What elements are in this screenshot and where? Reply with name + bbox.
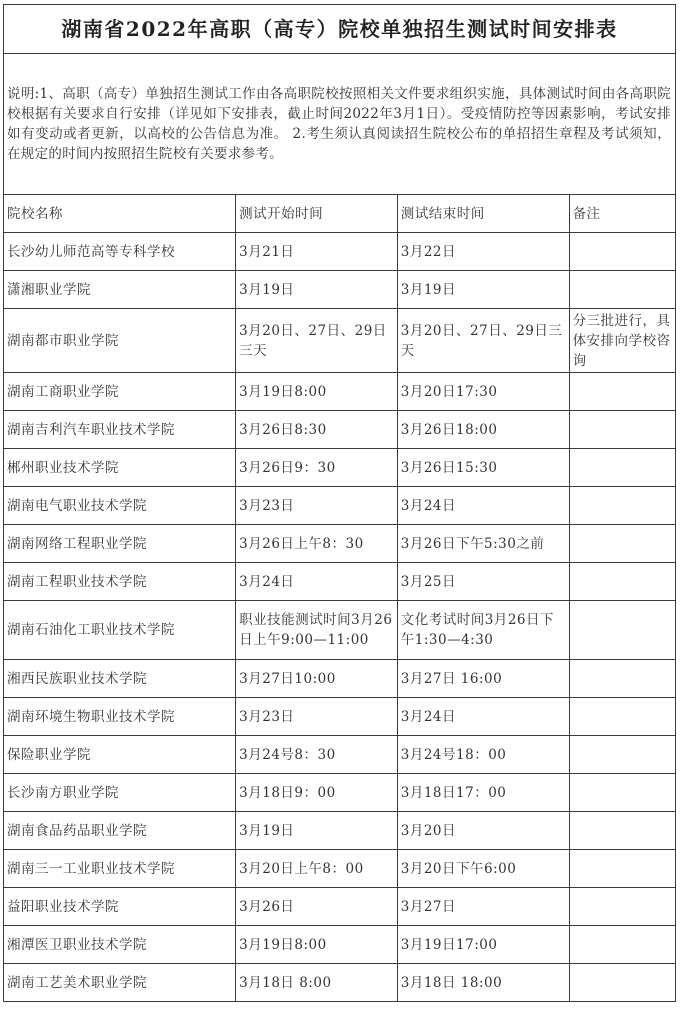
school-name: 湖南吉利汽车职业技术学院 — [4, 411, 236, 449]
start-time: 3月26日9：30 — [236, 449, 398, 487]
remark — [569, 812, 675, 850]
start-time: 3月27日10:00 — [236, 660, 398, 698]
start-time: 3月21日 — [236, 233, 398, 271]
school-name: 保险职业学院 — [4, 736, 236, 774]
instructions-note: 说明:1、高职（高专）单独招生测试工作由各高职院校按照相关文件要求组织实施，具体… — [4, 54, 676, 195]
start-time: 职业技能测试时间3月26日上午9:00—11:00 — [236, 601, 398, 660]
schedule-table: 湖南省2022年高职（高专）院校单独招生测试时间安排表 说明:1、高职（高专）单… — [3, 4, 676, 1002]
start-time: 3月26日8:30 — [236, 411, 398, 449]
school-name: 潇湘职业学院 — [4, 271, 236, 309]
remark — [569, 271, 675, 309]
column-header-school: 院校名称 — [4, 195, 236, 233]
start-time: 3月18日 8:00 — [236, 964, 398, 1002]
end-time: 3月22日 — [397, 233, 569, 271]
remark — [569, 964, 675, 1002]
remark — [569, 926, 675, 964]
table-row: 益阳职业技术学院 3月26日 3月27日 — [4, 888, 676, 926]
remark — [569, 601, 675, 660]
remark — [569, 698, 675, 736]
end-time: 3月24日 — [397, 487, 569, 525]
school-name: 湘潭医卫职业技术学院 — [4, 926, 236, 964]
school-name: 长沙南方职业学院 — [4, 774, 236, 812]
school-name: 湖南都市职业学院 — [4, 309, 236, 373]
end-time: 3月20日17:30 — [397, 373, 569, 411]
school-name: 湖南食品药品职业学院 — [4, 812, 236, 850]
school-name: 益阳职业技术学院 — [4, 888, 236, 926]
table-row: 长沙南方职业学院 3月18日9：00 3月18日17：00 — [4, 774, 676, 812]
table-row: 长沙幼儿师范高等专科学校 3月21日 3月22日 — [4, 233, 676, 271]
end-time: 3月19日17:00 — [397, 926, 569, 964]
table-row: 湖南环境生物职业技术学院 3月23日 3月24日 — [4, 698, 676, 736]
remark — [569, 411, 675, 449]
remark: 分三批进行，具体安排向学校咨询 — [569, 309, 675, 373]
school-name: 长沙幼儿师范高等专科学校 — [4, 233, 236, 271]
end-time: 3月20日 — [397, 812, 569, 850]
start-time: 3月23日 — [236, 698, 398, 736]
remark — [569, 888, 675, 926]
title-row: 湖南省2022年高职（高专）院校单独招生测试时间安排表 — [4, 5, 676, 54]
end-time: 3月18日17：00 — [397, 774, 569, 812]
school-name: 湘西民族职业技术学院 — [4, 660, 236, 698]
table-row: 郴州职业技术学院 3月26日9：30 3月26日15:30 — [4, 449, 676, 487]
start-time: 3月19日 — [236, 271, 398, 309]
end-time: 3月24日 — [397, 698, 569, 736]
end-time: 3月26日15:30 — [397, 449, 569, 487]
school-name: 湖南石油化工职业技术学院 — [4, 601, 236, 660]
end-time: 3月25日 — [397, 563, 569, 601]
start-time: 3月24日 — [236, 563, 398, 601]
remark — [569, 525, 675, 563]
end-time: 3月19日 — [397, 271, 569, 309]
end-time: 3月20日、27日、29日三天 — [397, 309, 569, 373]
table-row: 湖南网络工程职业学院 3月26日上午8：30 3月26日下午5:30之前 — [4, 525, 676, 563]
start-time: 3月19日8:00 — [236, 926, 398, 964]
start-time: 3月26日上午8：30 — [236, 525, 398, 563]
remark — [569, 373, 675, 411]
school-name: 湖南工程职业技术学院 — [4, 563, 236, 601]
end-time: 3月20日下午6:00 — [397, 850, 569, 888]
remark — [569, 487, 675, 525]
remark — [569, 233, 675, 271]
start-time: 3月20日上午8：00 — [236, 850, 398, 888]
remark — [569, 563, 675, 601]
school-name: 湖南工商职业学院 — [4, 373, 236, 411]
end-time: 3月26日18:00 — [397, 411, 569, 449]
school-name: 湖南工艺美术职业学院 — [4, 964, 236, 1002]
table-row: 湖南工程职业技术学院 3月24日 3月25日 — [4, 563, 676, 601]
header-row: 院校名称 测试开始时间 测试结束时间 备注 — [4, 195, 676, 233]
start-time: 3月19日 — [236, 812, 398, 850]
table-row: 湖南吉利汽车职业技术学院 3月26日8:30 3月26日18:00 — [4, 411, 676, 449]
school-name: 湖南电气职业技术学院 — [4, 487, 236, 525]
start-time: 3月18日9：00 — [236, 774, 398, 812]
table-title: 湖南省2022年高职（高专）院校单独招生测试时间安排表 — [4, 5, 676, 54]
remark — [569, 449, 675, 487]
end-time: 3月26日下午5:30之前 — [397, 525, 569, 563]
column-header-start-time: 测试开始时间 — [236, 195, 398, 233]
school-name: 湖南网络工程职业学院 — [4, 525, 236, 563]
note-row: 说明:1、高职（高专）单独招生测试工作由各高职院校按照相关文件要求组织实施，具体… — [4, 54, 676, 195]
column-header-remark: 备注 — [569, 195, 675, 233]
school-name: 湖南环境生物职业技术学院 — [4, 698, 236, 736]
table-row: 湖南食品药品职业学院 3月19日 3月20日 — [4, 812, 676, 850]
table-row: 湖南三一工业职业技术学院 3月20日上午8：00 3月20日下午6:00 — [4, 850, 676, 888]
column-header-end-time: 测试结束时间 — [397, 195, 569, 233]
table-row: 湖南电气职业技术学院 3月23日 3月24日 — [4, 487, 676, 525]
table-row: 潇湘职业学院 3月19日 3月19日 — [4, 271, 676, 309]
remark — [569, 774, 675, 812]
remark — [569, 850, 675, 888]
start-time: 3月20日、27日、29日三天 — [236, 309, 398, 373]
end-time: 3月24号18：00 — [397, 736, 569, 774]
end-time: 文化考试时间3月26日下午1:30—4:30 — [397, 601, 569, 660]
start-time: 3月23日 — [236, 487, 398, 525]
table-row: 湘西民族职业技术学院 3月27日10:00 3月27日 16:00 — [4, 660, 676, 698]
table-row: 湖南工艺美术职业学院 3月18日 8:00 3月18日 18:00 — [4, 964, 676, 1002]
table-row: 湖南石油化工职业技术学院 职业技能测试时间3月26日上午9:00—11:00 文… — [4, 601, 676, 660]
remark — [569, 660, 675, 698]
start-time: 3月26日 — [236, 888, 398, 926]
school-name: 郴州职业技术学院 — [4, 449, 236, 487]
end-time: 3月27日 — [397, 888, 569, 926]
start-time: 3月19日8:00 — [236, 373, 398, 411]
table-row: 湖南都市职业学院 3月20日、27日、29日三天 3月20日、27日、29日三天… — [4, 309, 676, 373]
start-time: 3月24号8：30 — [236, 736, 398, 774]
remark — [569, 736, 675, 774]
table-row: 湘潭医卫职业技术学院 3月19日8:00 3月19日17:00 — [4, 926, 676, 964]
table-row: 湖南工商职业学院 3月19日8:00 3月20日17:30 — [4, 373, 676, 411]
table-row: 保险职业学院 3月24号8：30 3月24号18：00 — [4, 736, 676, 774]
school-name: 湖南三一工业职业技术学院 — [4, 850, 236, 888]
end-time: 3月18日 18:00 — [397, 964, 569, 1002]
end-time: 3月27日 16:00 — [397, 660, 569, 698]
